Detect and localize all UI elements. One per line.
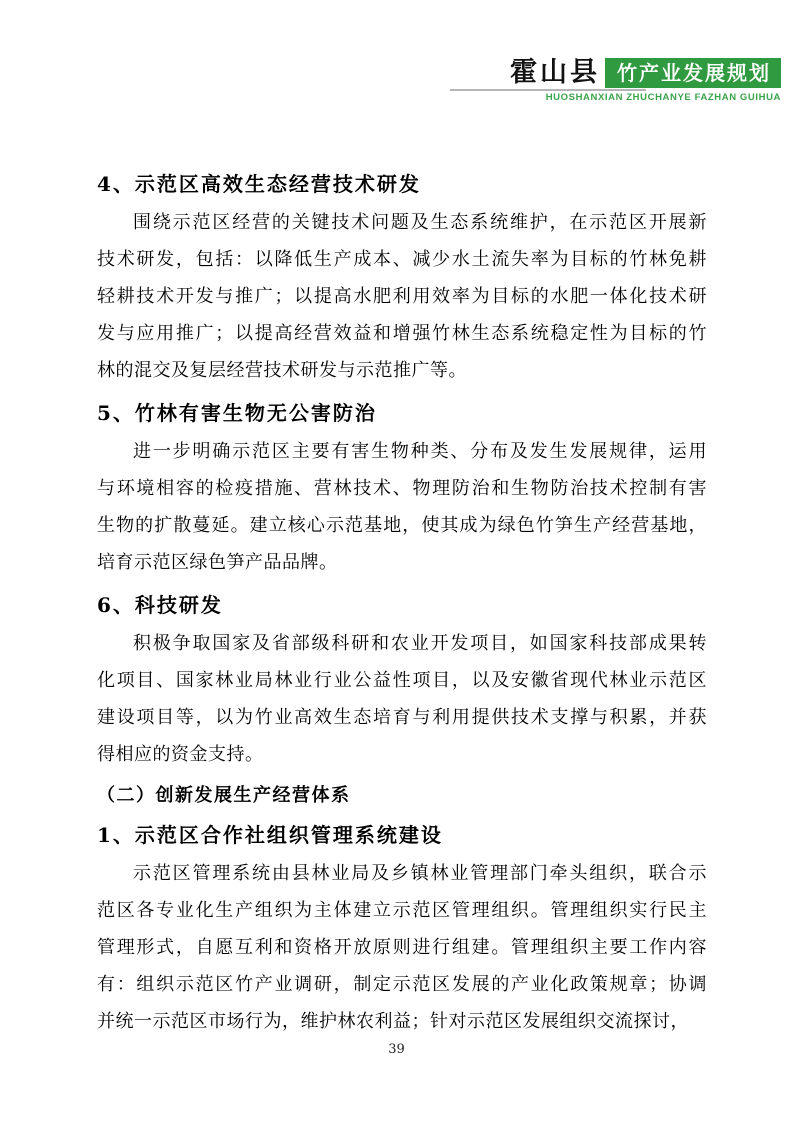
paragraph-line: 积极争取国家及省部级科研和农业开发项目，如国家科技部成果转 [97, 625, 707, 662]
page-number: 39 [0, 1042, 793, 1057]
paragraph: 积极争取国家及省部级科研和农业开发项目，如国家科技部成果转化项目、国家林业局林业… [97, 625, 707, 773]
paragraph-line: 范区各专业化生产组织为主体建立示范区管理组织。管理组织实行民主 [97, 892, 707, 929]
paragraph-line: 并统一示范区市场行为，维护林农利益；针对示范区发展组织交流探讨， [97, 1003, 707, 1040]
paragraph: 进一步明确示范区主要有害生物种类、分布及发生发展规律，运用与环境相容的检疫措施、… [97, 433, 707, 581]
paragraph-line: 建设项目等，以为竹业高效生态培育与利用提供技术支撑与积累，并获 [97, 699, 707, 736]
paragraph: 示范区管理系统由县林业局及乡镇林业管理部门牵头组织，联合示范区各专业化生产组织为… [97, 855, 707, 1040]
paragraph-line: 轻耕技术开发与推广；以提高水肥利用效率为目标的水肥一体化技术研 [97, 278, 707, 315]
county-name: 霍山县 [510, 58, 600, 88]
paragraph-line: 与环境相容的检疫措施、营林技术、物理防治和生物防治技术控制有害 [97, 470, 707, 507]
title-badge: 竹产业发展规划 [605, 58, 781, 88]
document-page: 霍山县 竹产业发展规划 HUOSHANXIAN ZHUCHANYE FAZHAN… [0, 0, 793, 1122]
paragraph-line: 管理形式，自愿互利和资格开放原则进行组建。管理组织主要工作内容 [97, 929, 707, 966]
header-subtitle: HUOSHANXIAN ZHUCHANYE FAZHAN GUIHUA [510, 92, 781, 103]
paragraph-line: 得相应的资金支持。 [97, 736, 707, 773]
paragraph-line: 示范区管理系统由县林业局及乡镇林业管理部门牵头组织，联合示 [97, 855, 707, 892]
paragraph-line: 有：组织示范区竹产业调研，制定示范区发展的产业化政策规章；协调 [97, 966, 707, 1003]
paragraph: 围绕示范区经营的关键技术问题及生态系统维护，在示范区开展新技术研发，包括：以降低… [97, 204, 707, 389]
paragraph-line: 围绕示范区经营的关键技术问题及生态系统维护，在示范区开展新 [97, 204, 707, 241]
subsection-heading: （二）创新发展生产经营体系 [97, 781, 707, 811]
paragraph-line: 技术研发，包括：以降低生产成本、减少水土流失率为目标的竹林免耕 [97, 241, 707, 278]
paragraph-line: 培育示范区绿色笋产品品牌。 [97, 544, 707, 581]
section-heading: 5、竹林有害生物无公害防治 [97, 399, 707, 427]
paragraph-line: 发与应用推广；以提高经营效益和增强竹林生态系统稳定性为目标的竹 [97, 315, 707, 352]
header-title-row: 霍山县 竹产业发展规划 [510, 58, 781, 88]
paragraph-line: 生物的扩散蔓延。建立核心示范基地，使其成为绿色竹笋生产经营基地， [97, 507, 707, 544]
paragraph-line: 林的混交及复层经营技术研发与示范推广等。 [97, 352, 707, 389]
section-heading: 4、示范区高效生态经营技术研发 [97, 170, 707, 198]
page-header: 霍山县 竹产业发展规划 HUOSHANXIAN ZHUCHANYE FAZHAN… [510, 58, 781, 103]
document-body: 4、示范区高效生态经营技术研发围绕示范区经营的关键技术问题及生态系统维护，在示范… [97, 170, 707, 1040]
paragraph-line: 化项目、国家林业局林业行业公益性项目，以及安徽省现代林业示范区 [97, 662, 707, 699]
paragraph-line: 进一步明确示范区主要有害生物种类、分布及发生发展规律，运用 [97, 433, 707, 470]
section-heading: 1、示范区合作社组织管理系统建设 [97, 821, 707, 849]
section-heading: 6、科技研发 [97, 591, 707, 619]
